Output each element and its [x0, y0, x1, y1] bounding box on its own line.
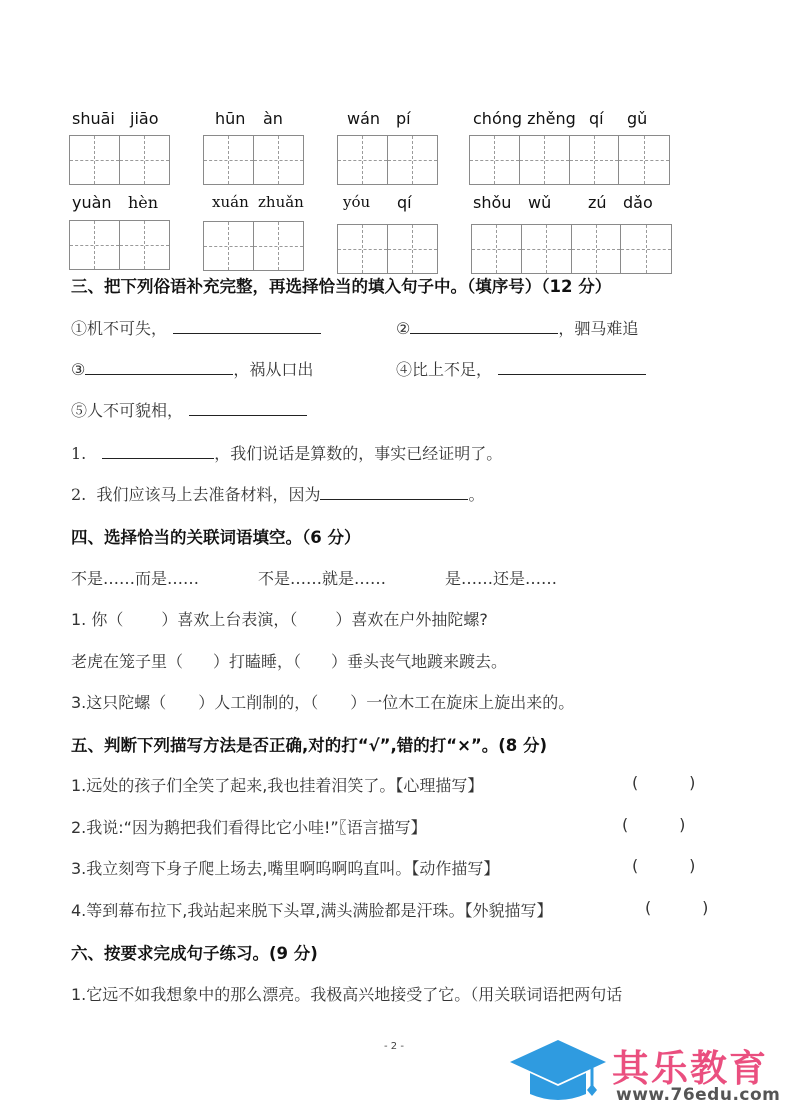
judge-answer-paren[interactable]: ( ) — [632, 773, 695, 792]
pinyin-label: yuàn — [72, 193, 112, 212]
writing-grid[interactable] — [69, 220, 170, 270]
pinyin-label: hūn — [215, 109, 245, 128]
proverb-1: ①机不可失， — [71, 316, 321, 339]
writing-grid[interactable] — [69, 135, 170, 185]
pinyin-label: qí — [589, 109, 604, 128]
brand-url: www.76edu.com — [616, 1085, 780, 1105]
pinyin-label: zú — [588, 193, 607, 212]
pinyin-label: yóu — [343, 193, 370, 211]
pinyin-label: wǔ — [528, 193, 551, 212]
proverb-5: ⑤人不可貌相， — [71, 398, 307, 421]
pinyin-label: àn — [263, 109, 283, 128]
proverb-4: ④比上不足， — [396, 357, 646, 380]
page-number: - 2 - — [384, 1041, 404, 1052]
answer-blank[interactable] — [85, 360, 233, 375]
pinyin-label: chóng zhěng — [473, 109, 576, 128]
proverb-3: ③，祸从口出 — [71, 357, 313, 380]
pinyin-label: dǎo — [623, 193, 653, 212]
answer-blank[interactable] — [410, 319, 558, 334]
conjunction-item-3: 3.这只陀螺（）人工削制的，（）一位木工在旋床上旋出来的。 — [71, 690, 574, 713]
section-heading: 五、判断下列描写方法是否正确,对的打“√”,错的打“×”。(8 分) — [71, 732, 547, 756]
writing-grid[interactable] — [469, 135, 670, 185]
pinyin-label: xuán — [212, 193, 249, 211]
judge-answer-paren[interactable]: ( ) — [645, 898, 708, 917]
section-heading: 六、按要求完成句子练习。(9 分) — [71, 940, 318, 964]
writing-grid[interactable] — [471, 224, 672, 274]
pinyin-label: gǔ — [627, 109, 647, 128]
answer-blank[interactable] — [189, 401, 307, 416]
conjunction-option: 不是……就是…… — [258, 566, 386, 589]
writing-grid[interactable] — [203, 221, 304, 271]
fill-sentence-2: 2. 我们应该马上去准备材料，因为。 — [71, 482, 484, 505]
writing-grid[interactable] — [337, 224, 438, 274]
graduation-cap-icon — [508, 1036, 608, 1106]
section-heading: 三、把下列俗语补充完整，再选择恰当的填入句子中。（填序号）（12 分） — [71, 273, 611, 297]
pinyin-label: shǒu — [473, 193, 511, 212]
brand-logo-text: 其乐教育 — [612, 1038, 768, 1092]
judge-item-text: 1.远处的孩子们全笑了起来,我也挂着泪笑了。【心理描写】 — [71, 773, 483, 796]
judge-item-text: 4.等到幕布拉下,我站起来脱下头罩,满头满脸都是汗珠。【外貌描写】 — [71, 898, 552, 921]
conjunction-item-1: 1. 你（）喜欢上台表演，（）喜欢在户外抽陀螺? — [71, 607, 488, 630]
pinyin-label: wán — [347, 109, 380, 128]
answer-blank[interactable] — [173, 319, 321, 334]
answer-blank[interactable] — [102, 444, 214, 459]
pinyin-label: hèn — [128, 193, 158, 212]
answer-blank[interactable] — [320, 485, 468, 500]
pinyin-label: zhuǎn — [258, 193, 304, 211]
judge-answer-paren[interactable]: ( ) — [632, 856, 695, 875]
judge-answer-paren[interactable]: ( ) — [622, 815, 685, 834]
pinyin-label: jiāo — [130, 109, 158, 128]
exercise-item: 1.它远不如我想象中的那么漂亮。我极高兴地接受了它。（用关联词语把两句话 — [71, 982, 622, 1005]
conjunction-option: 不是……而是…… — [71, 566, 199, 589]
pinyin-label: pí — [396, 109, 411, 128]
section-heading: 四、选择恰当的关联词语填空。（6 分） — [71, 524, 360, 548]
judge-item-text: 2.我说:“因为鹅把我们看得比它小哇!”〖语言描写】 — [71, 815, 427, 838]
writing-grid[interactable] — [337, 135, 438, 185]
pinyin-label: shuāi — [72, 109, 115, 128]
conjunction-item-2: 老虎在笼子里（）打瞌睡，（）垂头丧气地踱来踱去。 — [71, 649, 507, 672]
proverb-2: ②，驷马难追 — [396, 316, 638, 339]
fill-sentence-1: 1.，我们说话是算数的，事实已经证明了。 — [71, 441, 502, 464]
conjunction-option: 是……还是…… — [445, 566, 557, 589]
answer-blank[interactable] — [498, 360, 646, 375]
writing-grid[interactable] — [203, 135, 304, 185]
pinyin-label: qí — [397, 193, 412, 212]
judge-item-text: 3.我立刻弯下身子爬上场去,嘴里啊呜啊呜直叫。【动作描写】 — [71, 856, 499, 879]
